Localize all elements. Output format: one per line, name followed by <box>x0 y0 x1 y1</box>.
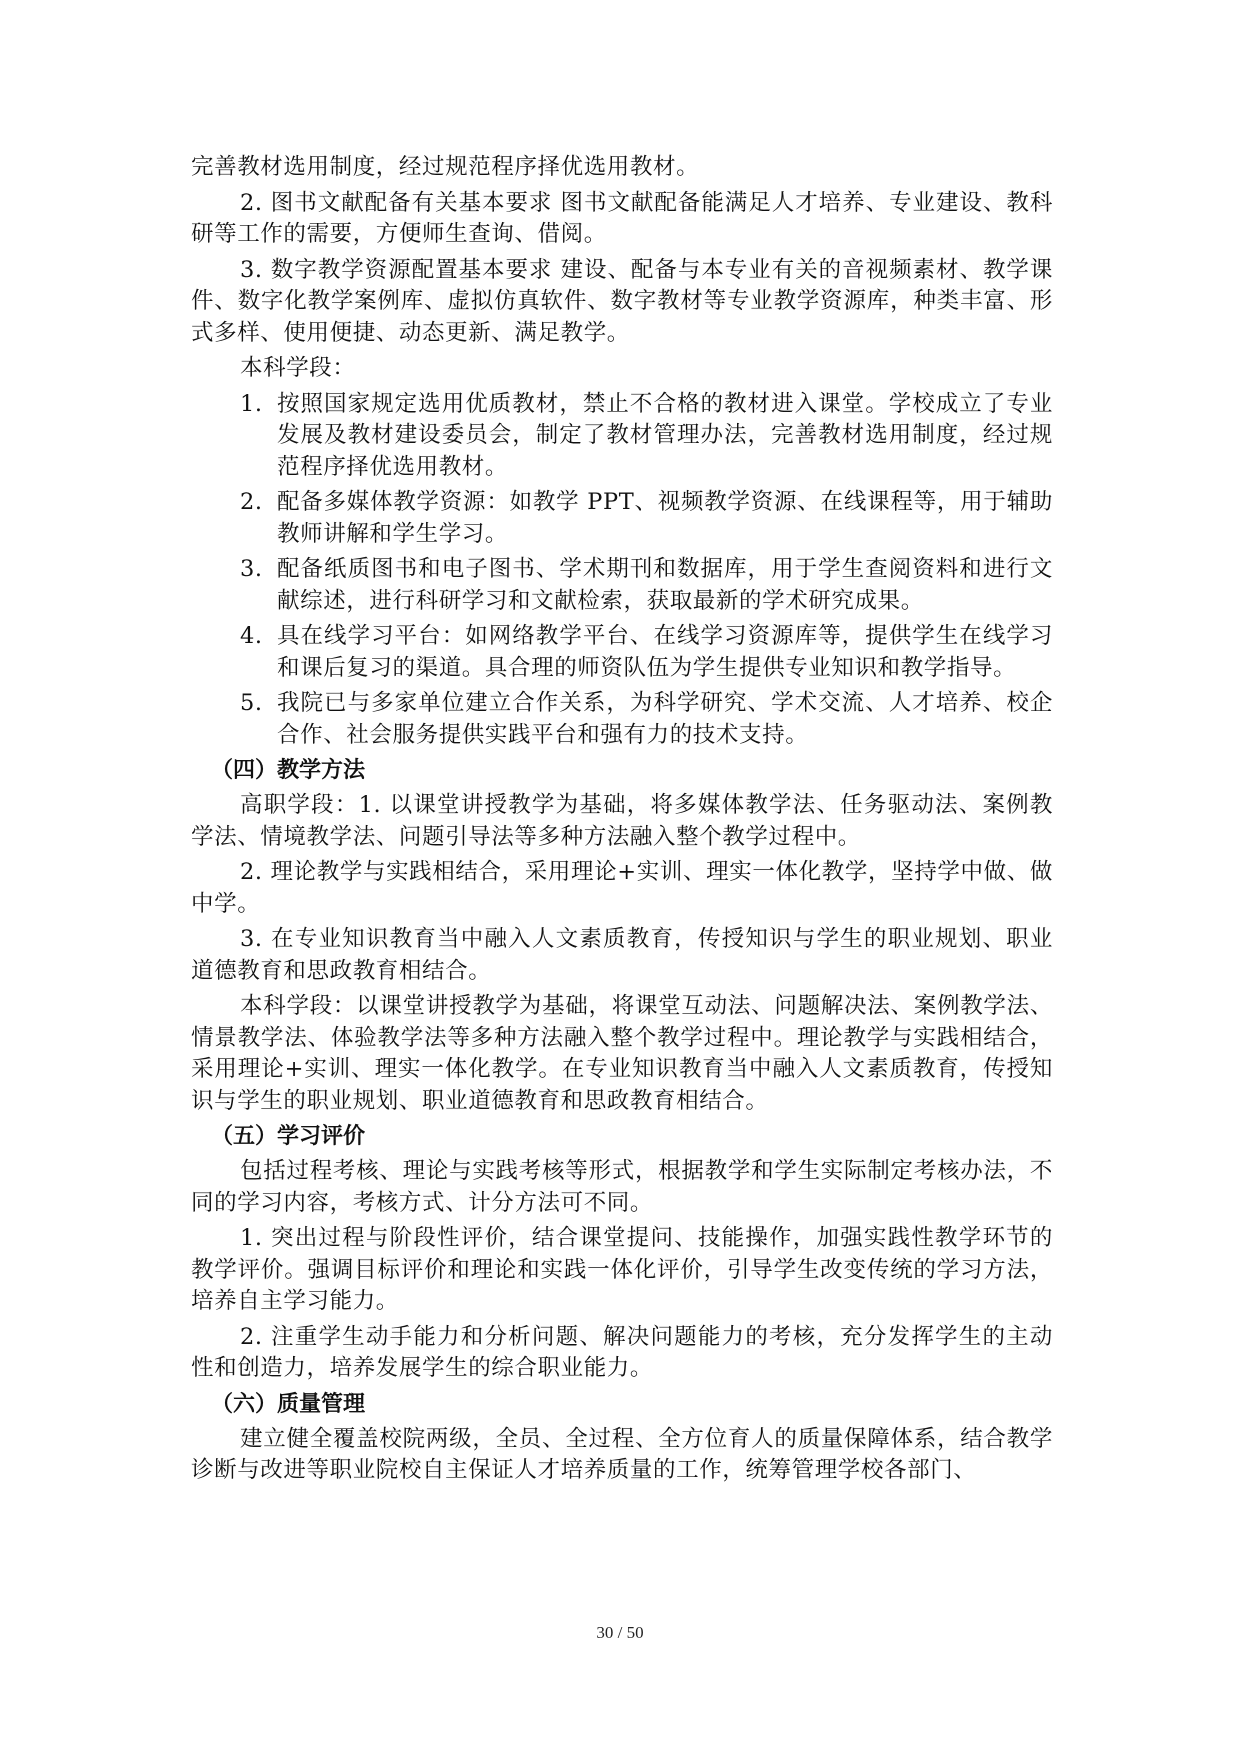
list-number: 3. <box>240 554 263 586</box>
list-item: 1.按照国家规定选用优质教材，禁止不合格的教材进入课堂。学校成立了专业发展及教材… <box>191 389 1053 484</box>
list-text: 具在线学习平台：如网络教学平台、在线学习资源库等，提供学生在线学习和课后复习的渠… <box>277 623 1053 681</box>
list-number: 5. <box>240 688 263 720</box>
section-heading-quality-management: （六）质量管理 <box>191 1389 1053 1421</box>
undergrad-resource-list: 1.按照国家规定选用优质教材，禁止不合格的教材进入课堂。学校成立了专业发展及教材… <box>191 389 1053 752</box>
paragraph-books-requirements: 2. 图书文献配备有关基本要求 图书文献配备能满足人才培养、专业建设、教科研等工… <box>191 188 1053 251</box>
paragraph-theory-practice: 2. 理论教学与实践相结合，采用理论+实训、理实一体化教学，坚持学中做、做中学。 <box>191 857 1053 920</box>
document-page: 完善教材选用制度，经过规范程序择优选用教材。 2. 图书文献配备有关基本要求 图… <box>191 152 1053 1491</box>
list-item: 2.配备多媒体教学资源：如教学 PPT、视频教学资源、在线课程等，用于辅助教师讲… <box>191 487 1053 550</box>
undergrad-label: 本科学段： <box>191 353 1053 385</box>
list-text: 我院已与多家单位建立合作关系，为科学研究、学术交流、人才培养、校企合作、社会服务… <box>277 690 1053 748</box>
page-number: 30 / 50 <box>0 1623 1240 1643</box>
list-text: 按照国家规定选用优质教材，禁止不合格的教材进入课堂。学校成立了专业发展及教材建设… <box>277 391 1053 480</box>
list-number: 1. <box>240 389 263 421</box>
section-heading-teaching-methods: （四）教学方法 <box>191 755 1053 787</box>
paragraph-undergrad-methods: 本科学段：以课堂讲授教学为基础，将课堂互动法、问题解决法、案例教学法、情景教学法… <box>191 991 1053 1117</box>
paragraph-humanities: 3. 在专业知识教育当中融入人文素质教育，传授知识与学生的职业规划、职业道德教育… <box>191 924 1053 987</box>
section-heading-learning-evaluation: （五）学习评价 <box>191 1121 1053 1153</box>
list-text: 配备多媒体教学资源：如教学 PPT、视频教学资源、在线课程等，用于辅助教师讲解和… <box>277 489 1053 547</box>
paragraph-digital-resources: 3. 数字教学资源配置基本要求 建设、配备与本专业有关的音视频素材、教学课件、数… <box>191 255 1053 350</box>
list-item: 3.配备纸质图书和电子图书、学术期刊和数据库，用于学生查阅资料和进行文献综述，进… <box>191 554 1053 617</box>
list-item: 5.我院已与多家单位建立合作关系，为科学研究、学术交流、人才培养、校企合作、社会… <box>191 688 1053 751</box>
paragraph-vocational-methods: 高职学段：1. 以课堂讲授教学为基础，将多媒体教学法、任务驱动法、案例教学法、情… <box>191 790 1053 853</box>
list-item: 4.具在线学习平台：如网络教学平台、在线学习资源库等，提供学生在线学习和课后复习… <box>191 621 1053 684</box>
list-number: 2. <box>240 487 263 519</box>
paragraph-ability-assessment: 2. 注重学生动手能力和分析问题、解决问题能力的考核，充分发挥学生的主动性和创造… <box>191 1322 1053 1385</box>
list-text: 配备纸质图书和电子图书、学术期刊和数据库，用于学生查阅资料和进行文献综述，进行科… <box>277 556 1053 614</box>
paragraph-process-evaluation: 1. 突出过程与阶段性评价，结合课堂提问、技能操作，加强实践性教学环节的教学评价… <box>191 1223 1053 1318</box>
paragraph-quality-system: 建立健全覆盖校院两级，全员、全过程、全方位育人的质量保障体系，结合教学诊断与改进… <box>191 1424 1053 1487</box>
list-number: 4. <box>240 621 263 653</box>
paragraph-evaluation-forms: 包括过程考核、理论与实践考核等形式，根据教学和学生实际制定考核办法，不同的学习内… <box>191 1156 1053 1219</box>
paragraph-intro: 完善教材选用制度，经过规范程序择优选用教材。 <box>191 152 1053 184</box>
